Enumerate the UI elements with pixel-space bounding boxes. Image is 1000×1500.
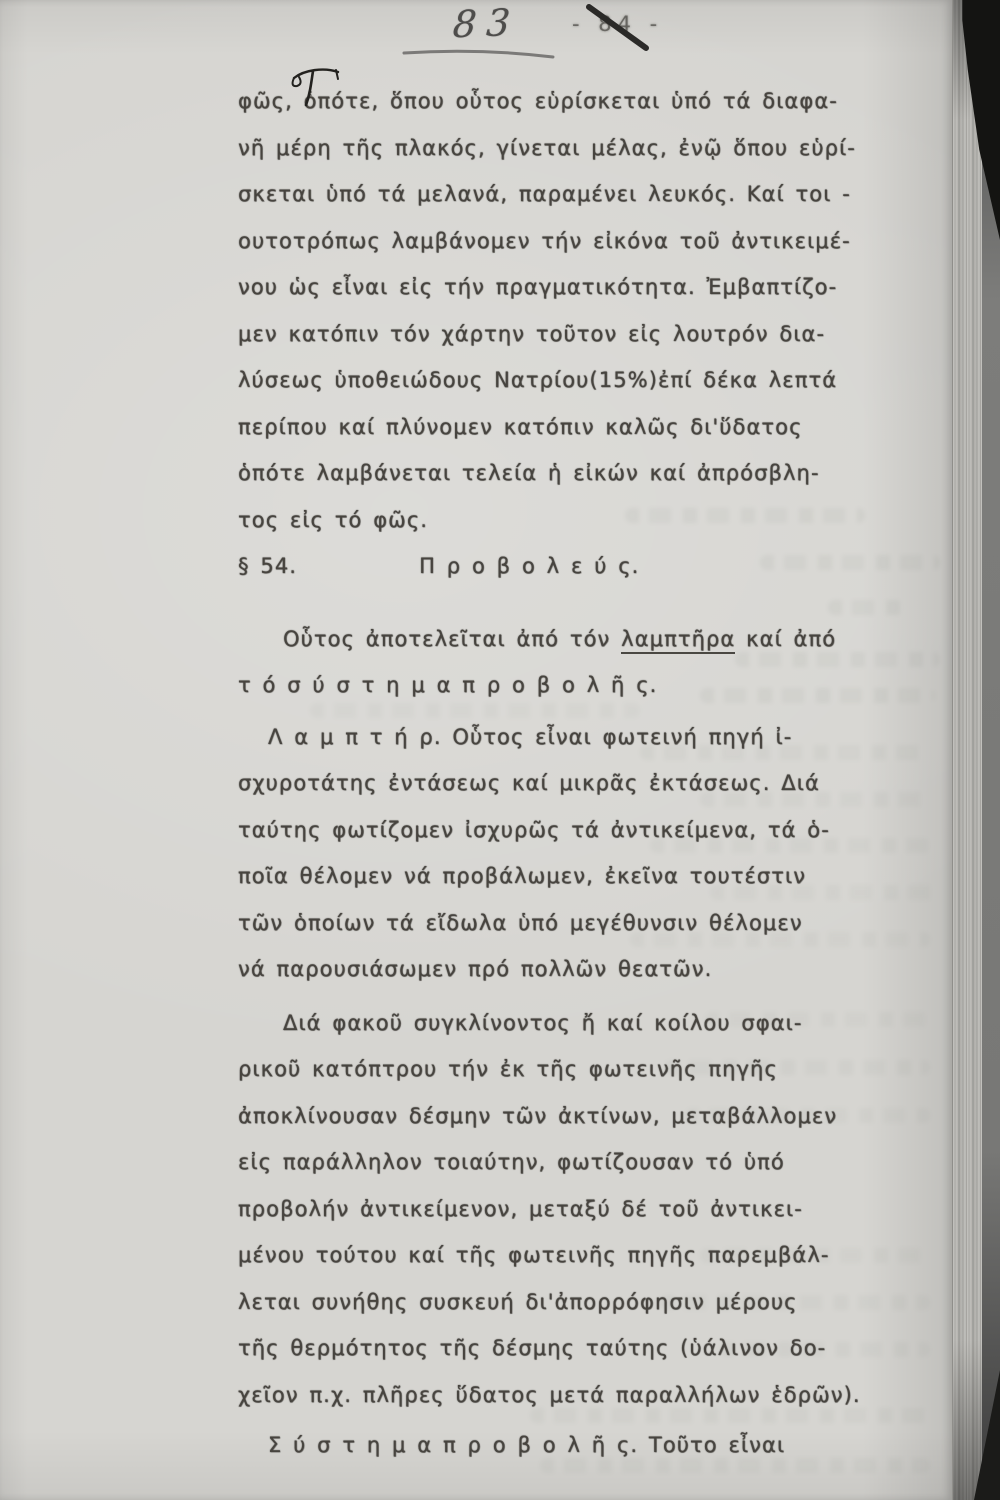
- paragraph-5: Σ ύ σ τ η μ α π ρ ο β ο λ ῆ ς. Τοῦτο εἶν…: [238, 1422, 878, 1469]
- paragraph-4: Διά φακοῦ συγκλίνοντος ἤ καί κοίλου σφαι…: [238, 1000, 878, 1419]
- underlined-word: λαμπτῆρα: [621, 627, 735, 654]
- text-line: τῶν ὁποίων τά εἴδωλα ὑπό μεγέθυνσιν θέλο…: [238, 900, 878, 947]
- text-line: ρικοῦ κατόπτρου τήν ἐκ τῆς φωτεινῆς πηγῆ…: [238, 1046, 878, 1093]
- section-heading: § 54. Π ρ ο β ο λ ε ύ ς.: [238, 543, 878, 590]
- text-line: σχυροτάτης ἐντάσεως καί μικρᾶς ἐκτάσεως.…: [238, 760, 878, 807]
- section-number: § 54.: [238, 543, 297, 590]
- text-line: Διά φακοῦ συγκλίνοντος ἤ καί κοίλου σφαι…: [238, 1000, 878, 1047]
- page-paper: 83 - 84 - φῶς, ὁπότε, ὅπου οὗτος εὑρίσκε…: [0, 0, 952, 1500]
- text-line: λύσεως ὑποθειώδους Νατρίου(15%)ἐπί δέκα …: [238, 357, 878, 404]
- paragraph-2: Οὗτος ἀποτελεῖται ἀπό τόν λαμπτῆρα καί ἀ…: [238, 616, 878, 709]
- text-segment: καί ἀπό: [735, 627, 836, 651]
- text-line: Σ ύ σ τ η μ α π ρ ο β ο λ ῆ ς. Τοῦτο εἶν…: [238, 1422, 878, 1469]
- text-line: προβολήν ἀντικείμενον, μεταξύ δέ τοῦ ἀντ…: [238, 1186, 878, 1233]
- typed-folio-number: - 84 -: [572, 12, 663, 36]
- handwritten-page-number: 83: [452, 1, 522, 46]
- text-line: τῆς θερμότητος τῆς δέσμης ταύτης (ὑάλινο…: [238, 1325, 878, 1372]
- book-page-edges: [952, 0, 983, 1500]
- text-segment: Οὗτος ἀποτελεῖται ἀπό τόν: [283, 627, 621, 651]
- text-line: ἀποκλίνουσαν δέσμην τῶν ἀκτίνων, μεταβάλ…: [238, 1093, 878, 1140]
- section-title: Π ρ ο β ο λ ε ύ ς.: [419, 543, 639, 590]
- text-line: τος εἰς τό φῶς.: [238, 497, 878, 544]
- text-line: μεν κατόπιν τόν χάρτην τοῦτον εἰς λουτρό…: [238, 311, 878, 358]
- correction-mark: [294, 70, 338, 78]
- text-line: νά παρουσιάσωμεν πρό πολλῶν θεατῶν.: [238, 946, 878, 993]
- text-line: χεῖον π.χ. πλῆρες ὕδατος μετά παραλλήλων…: [238, 1372, 878, 1419]
- text-line: τ ό σ ύ σ τ η μ α π ρ ο β ο λ ῆ ς.: [238, 662, 878, 709]
- text-line: νου ὡς εἶναι εἰς τήν πραγματικότητα. Ἐμβ…: [238, 264, 878, 311]
- text-line: ὁπότε λαμβάνεται τελεία ἡ εἰκών καί ἀπρό…: [238, 450, 878, 497]
- text-line: νῆ μέρη τῆς πλακός, γίνεται μέλας, ἐνῷ ὅ…: [238, 125, 878, 172]
- scanned-page: 83 - 84 - φῶς, ὁπότε, ὅπου οὗτος εὑρίσκε…: [0, 0, 1000, 1500]
- text-line: λεται συνήθης συσκευή δι'ἀπορρόφησιν μέρ…: [238, 1279, 878, 1326]
- text-line: σκεται ὑπό τά μελανά, παραμένει λευκός. …: [238, 171, 878, 218]
- text-line: Οὗτος ἀποτελεῖται ἀπό τόν λαμπτῆρα καί ἀ…: [238, 616, 878, 663]
- typewritten-text: φῶς, ὁπότε, ὅπου οὗτος εὑρίσκεται ὑπό τά…: [238, 78, 878, 1469]
- page-number-underline: [404, 51, 553, 57]
- text-line: ποῖα θέλομεν νά προβάλωμεν, ἐκεῖνα τουτέ…: [238, 853, 878, 900]
- paragraph-1: φῶς, ὁπότε, ὅπου οὗτος εὑρίσκεται ὑπό τά…: [238, 78, 878, 543]
- text-line: μένου τούτου καί τῆς φωτεινῆς πηγῆς παρε…: [238, 1232, 878, 1279]
- text-line: περίπου καί πλύνομεν κατόπιν καλῶς δι'ὕδ…: [238, 404, 878, 451]
- text-line: Λ α μ π τ ή ρ. Οὗτος εἶναι φωτεινή πηγή …: [238, 714, 878, 761]
- paragraph-3: Λ α μ π τ ή ρ. Οὗτος εἶναι φωτεινή πηγή …: [238, 714, 878, 993]
- text-line: ταύτης φωτίζομεν ἰσχυρῶς τά ἀντικείμενα,…: [238, 807, 878, 854]
- text-line: φῶς, ὁπότε, ὅπου οὗτος εὑρίσκεται ὑπό τά…: [238, 78, 878, 125]
- text-line: εἰς παράλληλον τοιαύτην, φωτίζουσαν τό ὑ…: [238, 1139, 878, 1186]
- text-line: ουτοτρόπως λαμβάνομεν τήν εἰκόνα τοῦ ἀντ…: [238, 218, 878, 265]
